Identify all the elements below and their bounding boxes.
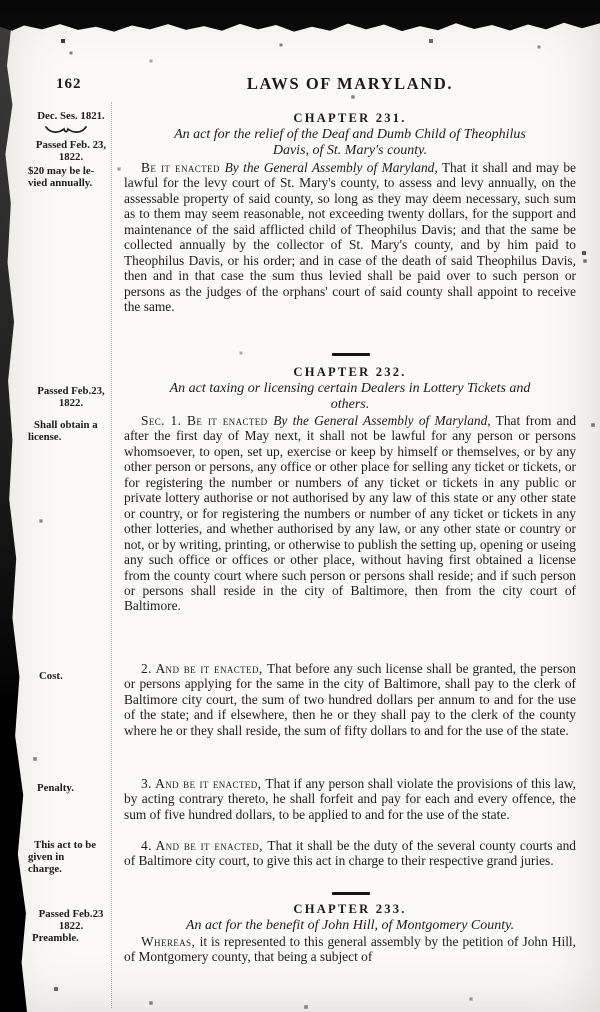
- margin-note-line: Passed Feb. 23,: [28, 139, 114, 151]
- chapter-232-heading: CHAPTER 232.: [124, 365, 576, 380]
- chapter-232-title-line-1: An act taxing or licensing certain Deale…: [124, 381, 576, 397]
- margin-note-line: 1822.: [28, 397, 114, 409]
- text-segment: That from and after the first day of May…: [124, 413, 576, 613]
- chapter-231-heading: CHAPTER 231.: [124, 111, 576, 126]
- text-segment: By the General Assembly of Maryland,: [225, 160, 438, 175]
- margin-note-session: Dec. Ses. 1821.: [28, 110, 114, 122]
- chapter-231-title-line-1: An act for the relief of the Deaf and Du…: [124, 127, 576, 143]
- margin-note-line: $20 may be le-: [28, 165, 114, 177]
- margin-note-cost: Cost.: [28, 670, 125, 682]
- text-segment: Be it enacted: [141, 160, 225, 175]
- chapter-233-heading: CHAPTER 233.: [124, 902, 576, 917]
- chapter-separator-rule: [332, 353, 370, 356]
- scan-left-ragged-edge: [0, 26, 27, 1012]
- text-segment: Sec. 1. Be it enacted: [141, 413, 273, 428]
- margin-note-line: license.: [28, 431, 114, 443]
- chapter-233-preamble-body: Whereas, it is represented to this gener…: [124, 934, 576, 965]
- margin-note-ch231-levy: $20 may be le- vied annually.: [28, 165, 114, 189]
- margin-note-line: charge.: [28, 863, 114, 875]
- text-segment: By the General Assembly of Maryland,: [273, 413, 490, 428]
- chapter-232-section-1: Sec. 1. Be it enacted By the General Ass…: [124, 413, 576, 614]
- margin-note-penalty: Penalty.: [28, 782, 123, 794]
- chapter-233-title-line-1: An act for the benefit of John Hill, of …: [124, 918, 576, 934]
- scanned-page: 162 LAWS OF MARYLAND. Dec. Ses. 1821. Pa…: [0, 0, 600, 1012]
- margin-note-charge: This act to be given in charge.: [28, 839, 114, 876]
- text-segment: 3. And be it enacted,: [141, 776, 265, 791]
- session-brace-squiggle: [44, 124, 88, 136]
- page-number: 162: [56, 76, 82, 93]
- margin-note-line: vied annually.: [28, 177, 114, 189]
- chapter-232-section-4: 4. And be it enacted, That it shall be t…: [124, 838, 576, 869]
- chapter-232-title-line-2: others.: [124, 397, 576, 413]
- margin-note-line: given in: [28, 851, 114, 863]
- chapter-232-section-2: 2. And be it enacted, That before any su…: [124, 661, 576, 738]
- margin-note-line: Passed Feb.23: [28, 908, 114, 920]
- chapter-231-title-line-2: Davis, of St. Mary's county.: [124, 143, 576, 159]
- margin-note-ch232-license: Shall obtain a license.: [28, 419, 114, 443]
- margin-note-ch231-passed: Passed Feb. 23, 1822.: [28, 139, 114, 163]
- margin-note-ch232-passed: Passed Feb.23, 1822.: [28, 385, 114, 409]
- chapter-232-section-3: 3. And be it enacted, That if any person…: [124, 776, 576, 822]
- margin-note-line: 1822.: [28, 151, 114, 163]
- page-title: LAWS OF MARYLAND.: [124, 74, 576, 94]
- scan-noise-specks: [0, 0, 2, 2]
- text-segment: 2. And be it enacted,: [141, 661, 267, 676]
- text-segment: 4. And be it enacted,: [141, 838, 267, 853]
- text-segment: That it shall and may be lawful for the …: [124, 160, 576, 314]
- text-segment: Whereas,: [141, 934, 200, 949]
- margin-note-ch233-passed: Passed Feb.23 1822.: [28, 908, 114, 932]
- scan-top-ragged-edge: [0, 14, 600, 36]
- margin-note-preamble: Preamble.: [28, 932, 118, 944]
- margin-note-line: Passed Feb.23,: [28, 385, 114, 397]
- margin-note-line: 1822.: [28, 920, 114, 932]
- chapter-231-body: Be it enacted By the General Assembly of…: [124, 160, 576, 315]
- margin-note-line: Shall obtain a: [28, 419, 114, 431]
- margin-note-line: This act to be: [28, 839, 114, 851]
- chapter-separator-rule: [332, 892, 370, 895]
